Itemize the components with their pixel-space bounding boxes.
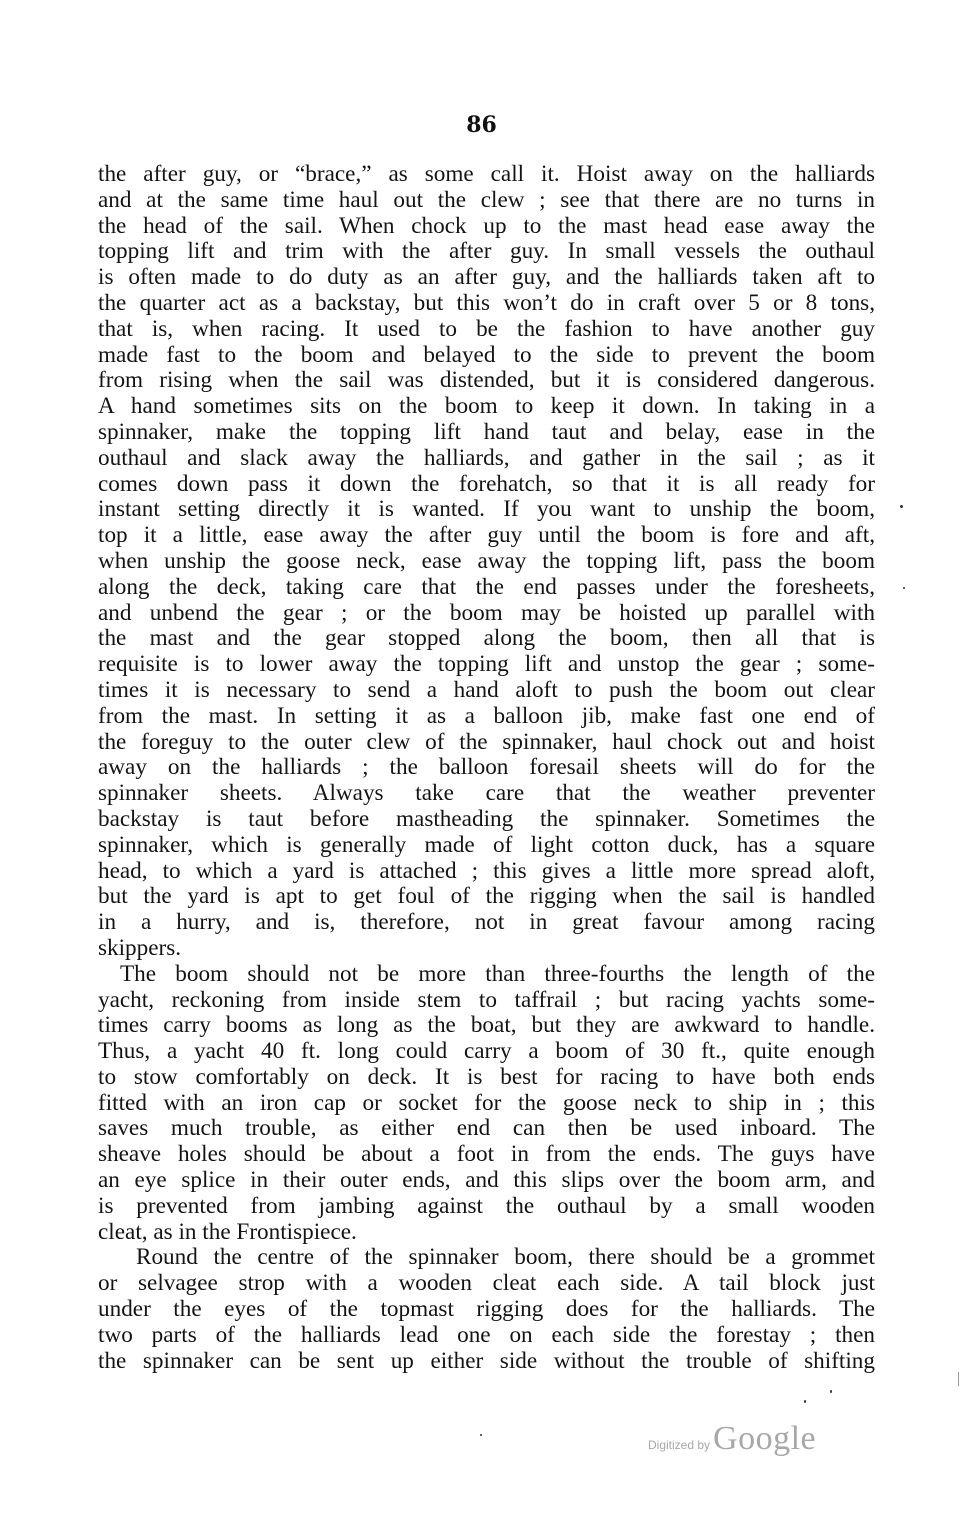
text-line: that is, when racing. It used to be the … xyxy=(98,317,875,343)
text-line: from rising when the sail was distended,… xyxy=(98,368,875,394)
text-line: the spinnaker can be sent up either side… xyxy=(98,1349,875,1375)
text-line: or selvagee strop with a wooden cleat ea… xyxy=(98,1271,875,1297)
text-line: an eye splice in their outer ends, and t… xyxy=(98,1168,875,1194)
scan-speck xyxy=(480,1434,482,1436)
text-line: saves much trouble, as either end can th… xyxy=(98,1116,875,1142)
text-line: requisite is to lower away the topping l… xyxy=(98,652,875,678)
text-line: and unbend the gear ; or the boom may be… xyxy=(98,601,875,627)
text-line: Round the centre of the spinnaker boom, … xyxy=(98,1245,875,1271)
text-line: under the eyes of the topmast rigging do… xyxy=(98,1297,875,1323)
text-line: the foreguy to the outer clew of the spi… xyxy=(98,730,875,756)
scan-speck xyxy=(900,505,903,508)
scan-speck xyxy=(830,1390,832,1393)
text-line: head, to which a yard is attached ; this… xyxy=(98,859,875,885)
text-line: the quarter act as a backstay, but this … xyxy=(98,291,875,317)
watermark-prefix: Digitized by xyxy=(648,1438,710,1452)
page-number: 86 xyxy=(0,112,963,138)
text-line: and at the same time haul out the clew ;… xyxy=(98,188,875,214)
text-line: when unship the goose neck, ease away th… xyxy=(98,549,875,575)
body-text: the after guy, or “brace,” as some call … xyxy=(98,162,875,1374)
text-line: A hand sometimes sits on the boom to kee… xyxy=(98,394,875,420)
text-line: fitted with an iron cap or socket for th… xyxy=(98,1091,875,1117)
text-line: top it a little, ease away the after guy… xyxy=(98,523,875,549)
text-line: the mast and the gear stopped along the … xyxy=(98,626,875,652)
text-line: times carry booms as long as the boat, b… xyxy=(98,1013,875,1039)
google-logo-text: Google xyxy=(713,1420,816,1458)
text-line: skippers. xyxy=(98,936,875,962)
text-line: made fast to the boom and belayed to the… xyxy=(98,343,875,369)
text-line: comes down pass it down the forehatch, s… xyxy=(98,472,875,498)
text-line: cleat, as in the Frontispiece. xyxy=(98,1220,875,1246)
text-line: yacht, reckoning from inside stem to taf… xyxy=(98,988,875,1014)
text-line: topping lift and trim with the after guy… xyxy=(98,239,875,265)
text-line: sheave holes should be about a foot in f… xyxy=(98,1142,875,1168)
scan-speck xyxy=(804,1400,806,1403)
text-line: spinnaker, make the topping lift hand ta… xyxy=(98,420,875,446)
text-line: backstay is taut before mastheading the … xyxy=(98,807,875,833)
scan-speck xyxy=(958,1372,959,1386)
text-line: the after guy, or “brace,” as some call … xyxy=(98,162,875,188)
scan-speck xyxy=(903,587,905,589)
text-line: spinnaker, which is generally made of li… xyxy=(98,833,875,859)
text-line: outhaul and slack away the halliards, an… xyxy=(98,446,875,472)
text-line: is often made to do duty as an after guy… xyxy=(98,265,875,291)
text-line: in a hurry, and is, therefore, not in gr… xyxy=(98,910,875,936)
text-line: but the yard is apt to get foul of the r… xyxy=(98,884,875,910)
text-line: is prevented from jambing against the ou… xyxy=(98,1194,875,1220)
text-line: from the mast. In setting it as a balloo… xyxy=(98,704,875,730)
text-line: Thus, a yacht 40 ft. long could carry a … xyxy=(98,1039,875,1065)
text-line: instant setting directly it is wanted. I… xyxy=(98,497,875,523)
digitized-by-google-watermark: Digitized by Google xyxy=(648,1420,816,1458)
text-line: along the deck, taking care that the end… xyxy=(98,575,875,601)
text-line: two parts of the halliards lead one on e… xyxy=(98,1323,875,1349)
text-line: spinnaker sheets. Always take care that … xyxy=(98,781,875,807)
text-line: away on the halliards ; the balloon fore… xyxy=(98,755,875,781)
text-line: times it is necessary to send a hand alo… xyxy=(98,678,875,704)
text-line: The boom should not be more than three-f… xyxy=(98,962,875,988)
text-line: the head of the sail. When chock up to t… xyxy=(98,214,875,240)
text-line: to stow comfortably on deck. It is best … xyxy=(98,1065,875,1091)
